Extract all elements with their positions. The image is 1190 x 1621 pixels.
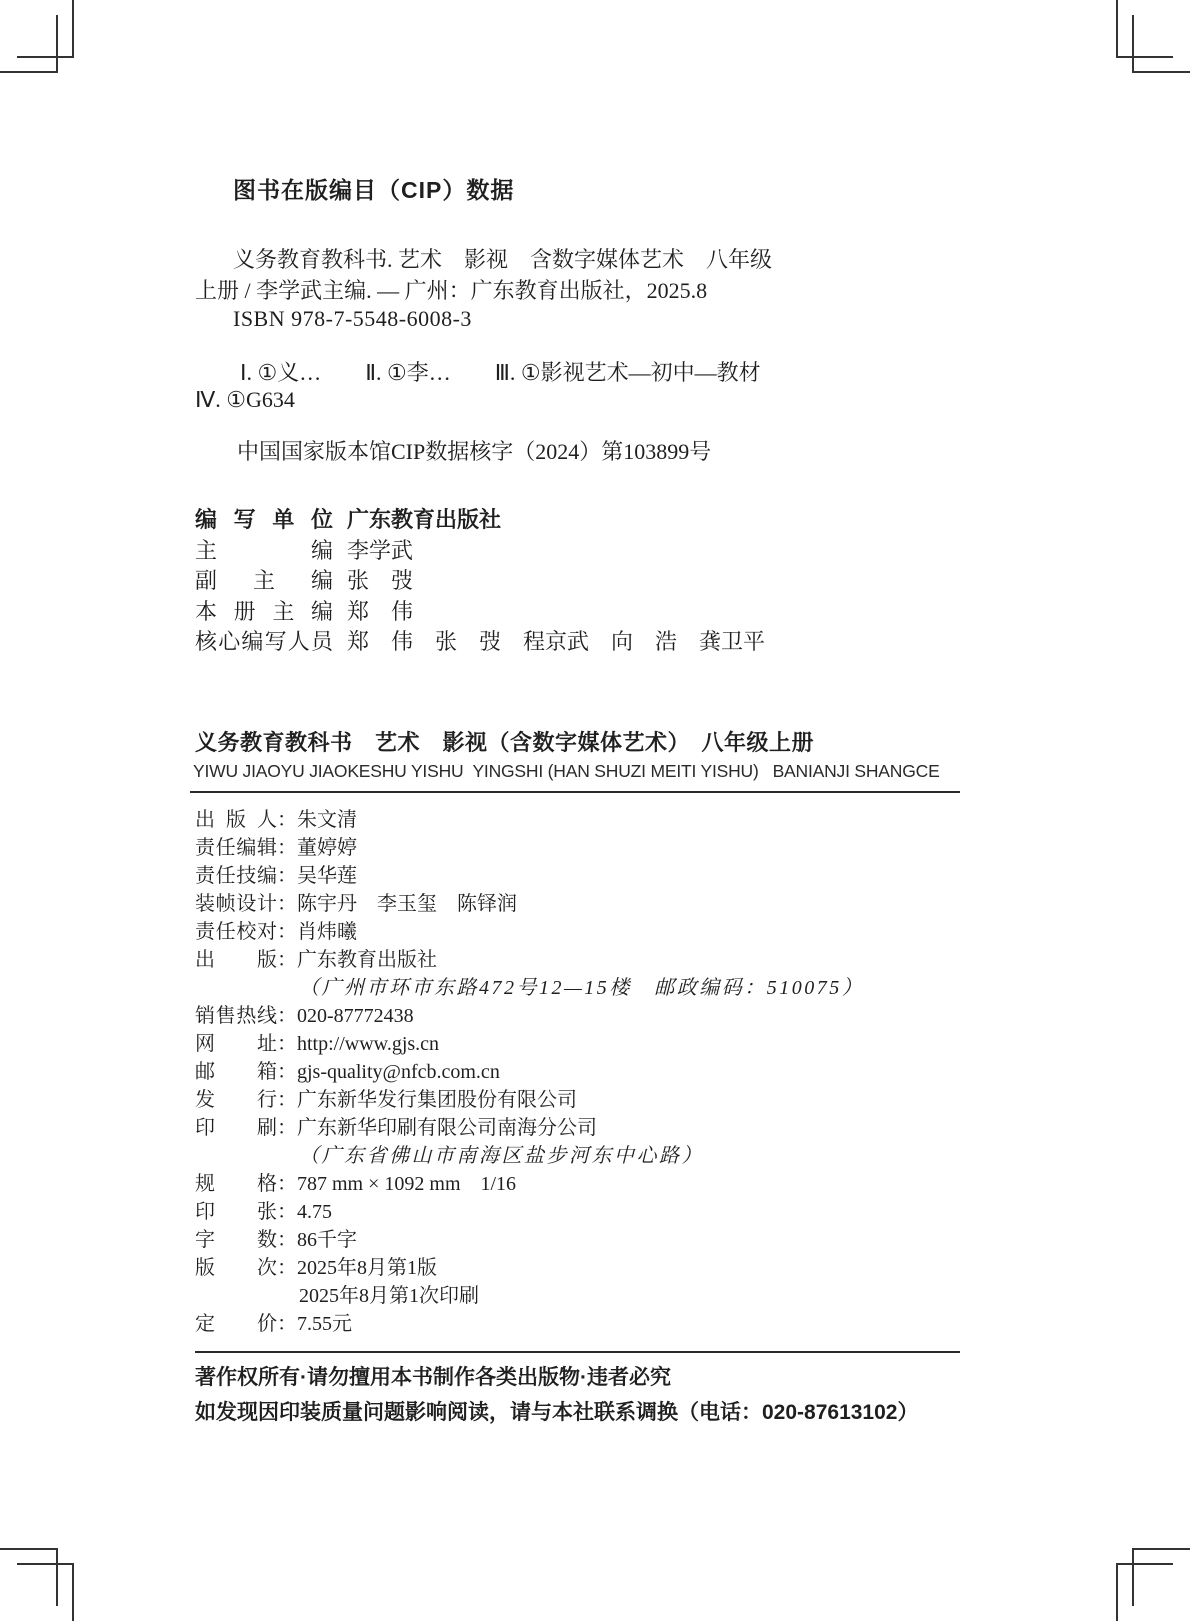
imprint-row: 出版人：朱文清 <box>195 806 864 834</box>
imprint-row: 邮箱：gjs-quality@nfcb.com.cn <box>195 1058 864 1086</box>
imprint-value: 86千字 <box>297 1229 357 1251</box>
credit-row: 主编李学武 <box>195 536 765 567</box>
imprint-block: 出版人：朱文清 责任编辑：董婷婷 责任技编：吴华莲 装帧设计：陈宇丹 李玉玺 陈… <box>195 806 864 1338</box>
quality-notice: 如发现因印装质量问题影响阅读，请与本社联系调换（电话：020-87613102） <box>195 1396 918 1426</box>
cip-description-line2: 上册 / 李学武主编. — 广州：广东教育出版社，2025.8 <box>195 274 707 305</box>
imprint-value: 肖炜曦 <box>297 921 357 943</box>
imprint-label: 责任编辑 <box>195 834 277 862</box>
imprint-value: 7.55元 <box>297 1313 352 1335</box>
imprint-label: 规格 <box>195 1170 277 1198</box>
credit-row: 核心编写人员郑 伟 张 弢 程京武 向 浩 龚卫平 <box>195 627 765 658</box>
imprint-row: 规格：787 mm × 1092 mm 1/16 <box>195 1170 864 1198</box>
imprint-colon: ： <box>277 1033 297 1055</box>
imprint-colon: ： <box>277 1005 297 1027</box>
editorial-credits: 编写单位广东教育出版社 主编李学武 副主编张 弢 本册主编郑 伟 核心编写人员郑… <box>195 505 765 658</box>
imprint-label: 责任校对 <box>195 918 277 946</box>
imprint-label: 网址 <box>195 1030 277 1058</box>
imprint-label: 版次 <box>195 1254 277 1282</box>
copyright-page: 图书在版编目（CIP）数据 义务教育教科书. 艺术 影视 含数字媒体艺术 八年级… <box>0 0 1190 1621</box>
divider-bottom <box>195 1351 960 1353</box>
imprint-row: 版次：2025年8月第1版 <box>195 1254 864 1282</box>
imprint-label: 印张 <box>195 1198 277 1226</box>
imprint-value: 2025年8月第1次印刷 <box>299 1285 479 1307</box>
imprint-colon: ： <box>277 1173 297 1195</box>
imprint-colon: ： <box>277 1229 297 1251</box>
imprint-value: 020-87772438 <box>297 1005 414 1027</box>
credit-value: 李学武 <box>347 538 413 563</box>
imprint-label: 印刷 <box>195 1114 277 1142</box>
credit-label: 副主编 <box>195 566 333 597</box>
imprint-value: 2025年8月第1版 <box>297 1257 437 1279</box>
imprint-colon: ： <box>277 1117 297 1139</box>
imprint-row: 责任校对：肖炜曦 <box>195 918 864 946</box>
imprint-row: 出版：广东教育出版社 <box>195 946 864 974</box>
imprint-row: 印刷：广东新华印刷有限公司南海分公司 <box>195 1114 864 1142</box>
imprint-value: （广东省佛山市南海区盐步河东中心路） <box>299 1145 704 1167</box>
imprint-address: （广州市环市东路472号12—15楼 邮政编码：510075） <box>195 974 864 1002</box>
imprint-label: 邮箱 <box>195 1058 277 1086</box>
imprint-continuation: 2025年8月第1次印刷 <box>195 1282 864 1310</box>
imprint-row: 网址：http://www.gjs.cn <box>195 1030 864 1058</box>
imprint-value: 787 mm × 1092 mm 1/16 <box>297 1173 516 1195</box>
imprint-address: （广东省佛山市南海区盐步河东中心路） <box>195 1142 864 1170</box>
credit-row: 副主编张 弢 <box>195 566 765 597</box>
cip-classification-line2: Ⅳ. ①G634 <box>195 387 295 413</box>
imprint-value: 朱文清 <box>297 809 357 831</box>
imprint-colon: ： <box>277 865 297 887</box>
book-title: 义务教育教科书 艺术 影视（含数字媒体艺术） 八年级上册 <box>195 726 814 757</box>
imprint-row: 定价：7.55元 <box>195 1310 864 1338</box>
cip-title: 图书在版编目（CIP）数据 <box>233 172 514 205</box>
isbn-number: ISBN 978-7-5548-6008-3 <box>233 306 472 332</box>
imprint-value: 广东新华发行集团股份有限公司 <box>297 1089 577 1111</box>
imprint-row: 销售热线：020-87772438 <box>195 1002 864 1030</box>
imprint-colon: ： <box>277 1313 297 1335</box>
imprint-value: 陈宇丹 李玉玺 陈铎润 <box>297 893 517 915</box>
cip-record-number: 中国国家版本馆CIP数据核字（2024）第103899号 <box>237 435 711 466</box>
imprint-colon: ： <box>277 1089 297 1111</box>
credit-row: 编写单位广东教育出版社 <box>195 505 765 536</box>
credit-value: 广东教育出版社 <box>347 507 501 532</box>
imprint-label: 销售热线 <box>195 1002 277 1030</box>
imprint-value: 广东新华印刷有限公司南海分公司 <box>297 1117 597 1139</box>
imprint-value: http://www.gjs.cn <box>297 1033 439 1055</box>
copyright-notice: 著作权所有·请勿擅用本书制作各类出版物·违者必究 <box>195 1361 671 1391</box>
imprint-label: 装帧设计 <box>195 890 277 918</box>
imprint-colon: ： <box>277 1201 297 1223</box>
book-title-pinyin: YIWU JIAOYU JIAOKESHU YISHU YINGSHI (HAN… <box>193 761 940 782</box>
imprint-label: 定价 <box>195 1310 277 1338</box>
imprint-label: 发行 <box>195 1086 277 1114</box>
imprint-row: 发行：广东新华发行集团股份有限公司 <box>195 1086 864 1114</box>
imprint-row: 责任编辑：董婷婷 <box>195 834 864 862</box>
imprint-row: 字数：86千字 <box>195 1226 864 1254</box>
cip-description-line1: 义务教育教科书. 艺术 影视 含数字媒体艺术 八年级 <box>233 243 772 274</box>
imprint-label: 出版人 <box>195 806 277 834</box>
imprint-colon: ： <box>277 1061 297 1083</box>
imprint-row: 印张：4.75 <box>195 1198 864 1226</box>
imprint-label: 出版 <box>195 946 277 974</box>
credit-label: 核心编写人员 <box>195 627 333 658</box>
imprint-value: gjs-quality@nfcb.com.cn <box>297 1061 500 1083</box>
imprint-value: （广州市环市东路472号12—15楼 邮政编码：510075） <box>299 977 864 999</box>
credit-row: 本册主编郑 伟 <box>195 597 765 628</box>
credit-label: 本册主编 <box>195 597 333 628</box>
imprint-colon: ： <box>277 893 297 915</box>
imprint-colon: ： <box>277 837 297 859</box>
imprint-value: 广东教育出版社 <box>297 949 437 971</box>
credit-label: 主编 <box>195 536 333 567</box>
imprint-label: 字数 <box>195 1226 277 1254</box>
imprint-colon: ： <box>277 1257 297 1279</box>
imprint-colon: ： <box>277 949 297 971</box>
imprint-value: 吴华莲 <box>297 865 357 887</box>
imprint-value: 4.75 <box>297 1201 332 1223</box>
imprint-row: 装帧设计：陈宇丹 李玉玺 陈铎润 <box>195 890 864 918</box>
imprint-colon: ： <box>277 809 297 831</box>
divider-top <box>190 791 960 793</box>
credit-value: 张 弢 <box>347 568 413 593</box>
imprint-colon: ： <box>277 921 297 943</box>
credit-value: 郑 伟 张 弢 程京武 向 浩 龚卫平 <box>347 629 765 654</box>
cip-classification-line1: Ⅰ. ①义… Ⅱ. ①李… Ⅲ. ①影视艺术—初中—教材 <box>240 356 761 387</box>
imprint-row: 责任技编：吴华莲 <box>195 862 864 890</box>
imprint-label: 责任技编 <box>195 862 277 890</box>
imprint-value: 董婷婷 <box>297 837 357 859</box>
credit-label: 编写单位 <box>195 505 333 536</box>
credit-value: 郑 伟 <box>347 599 413 624</box>
